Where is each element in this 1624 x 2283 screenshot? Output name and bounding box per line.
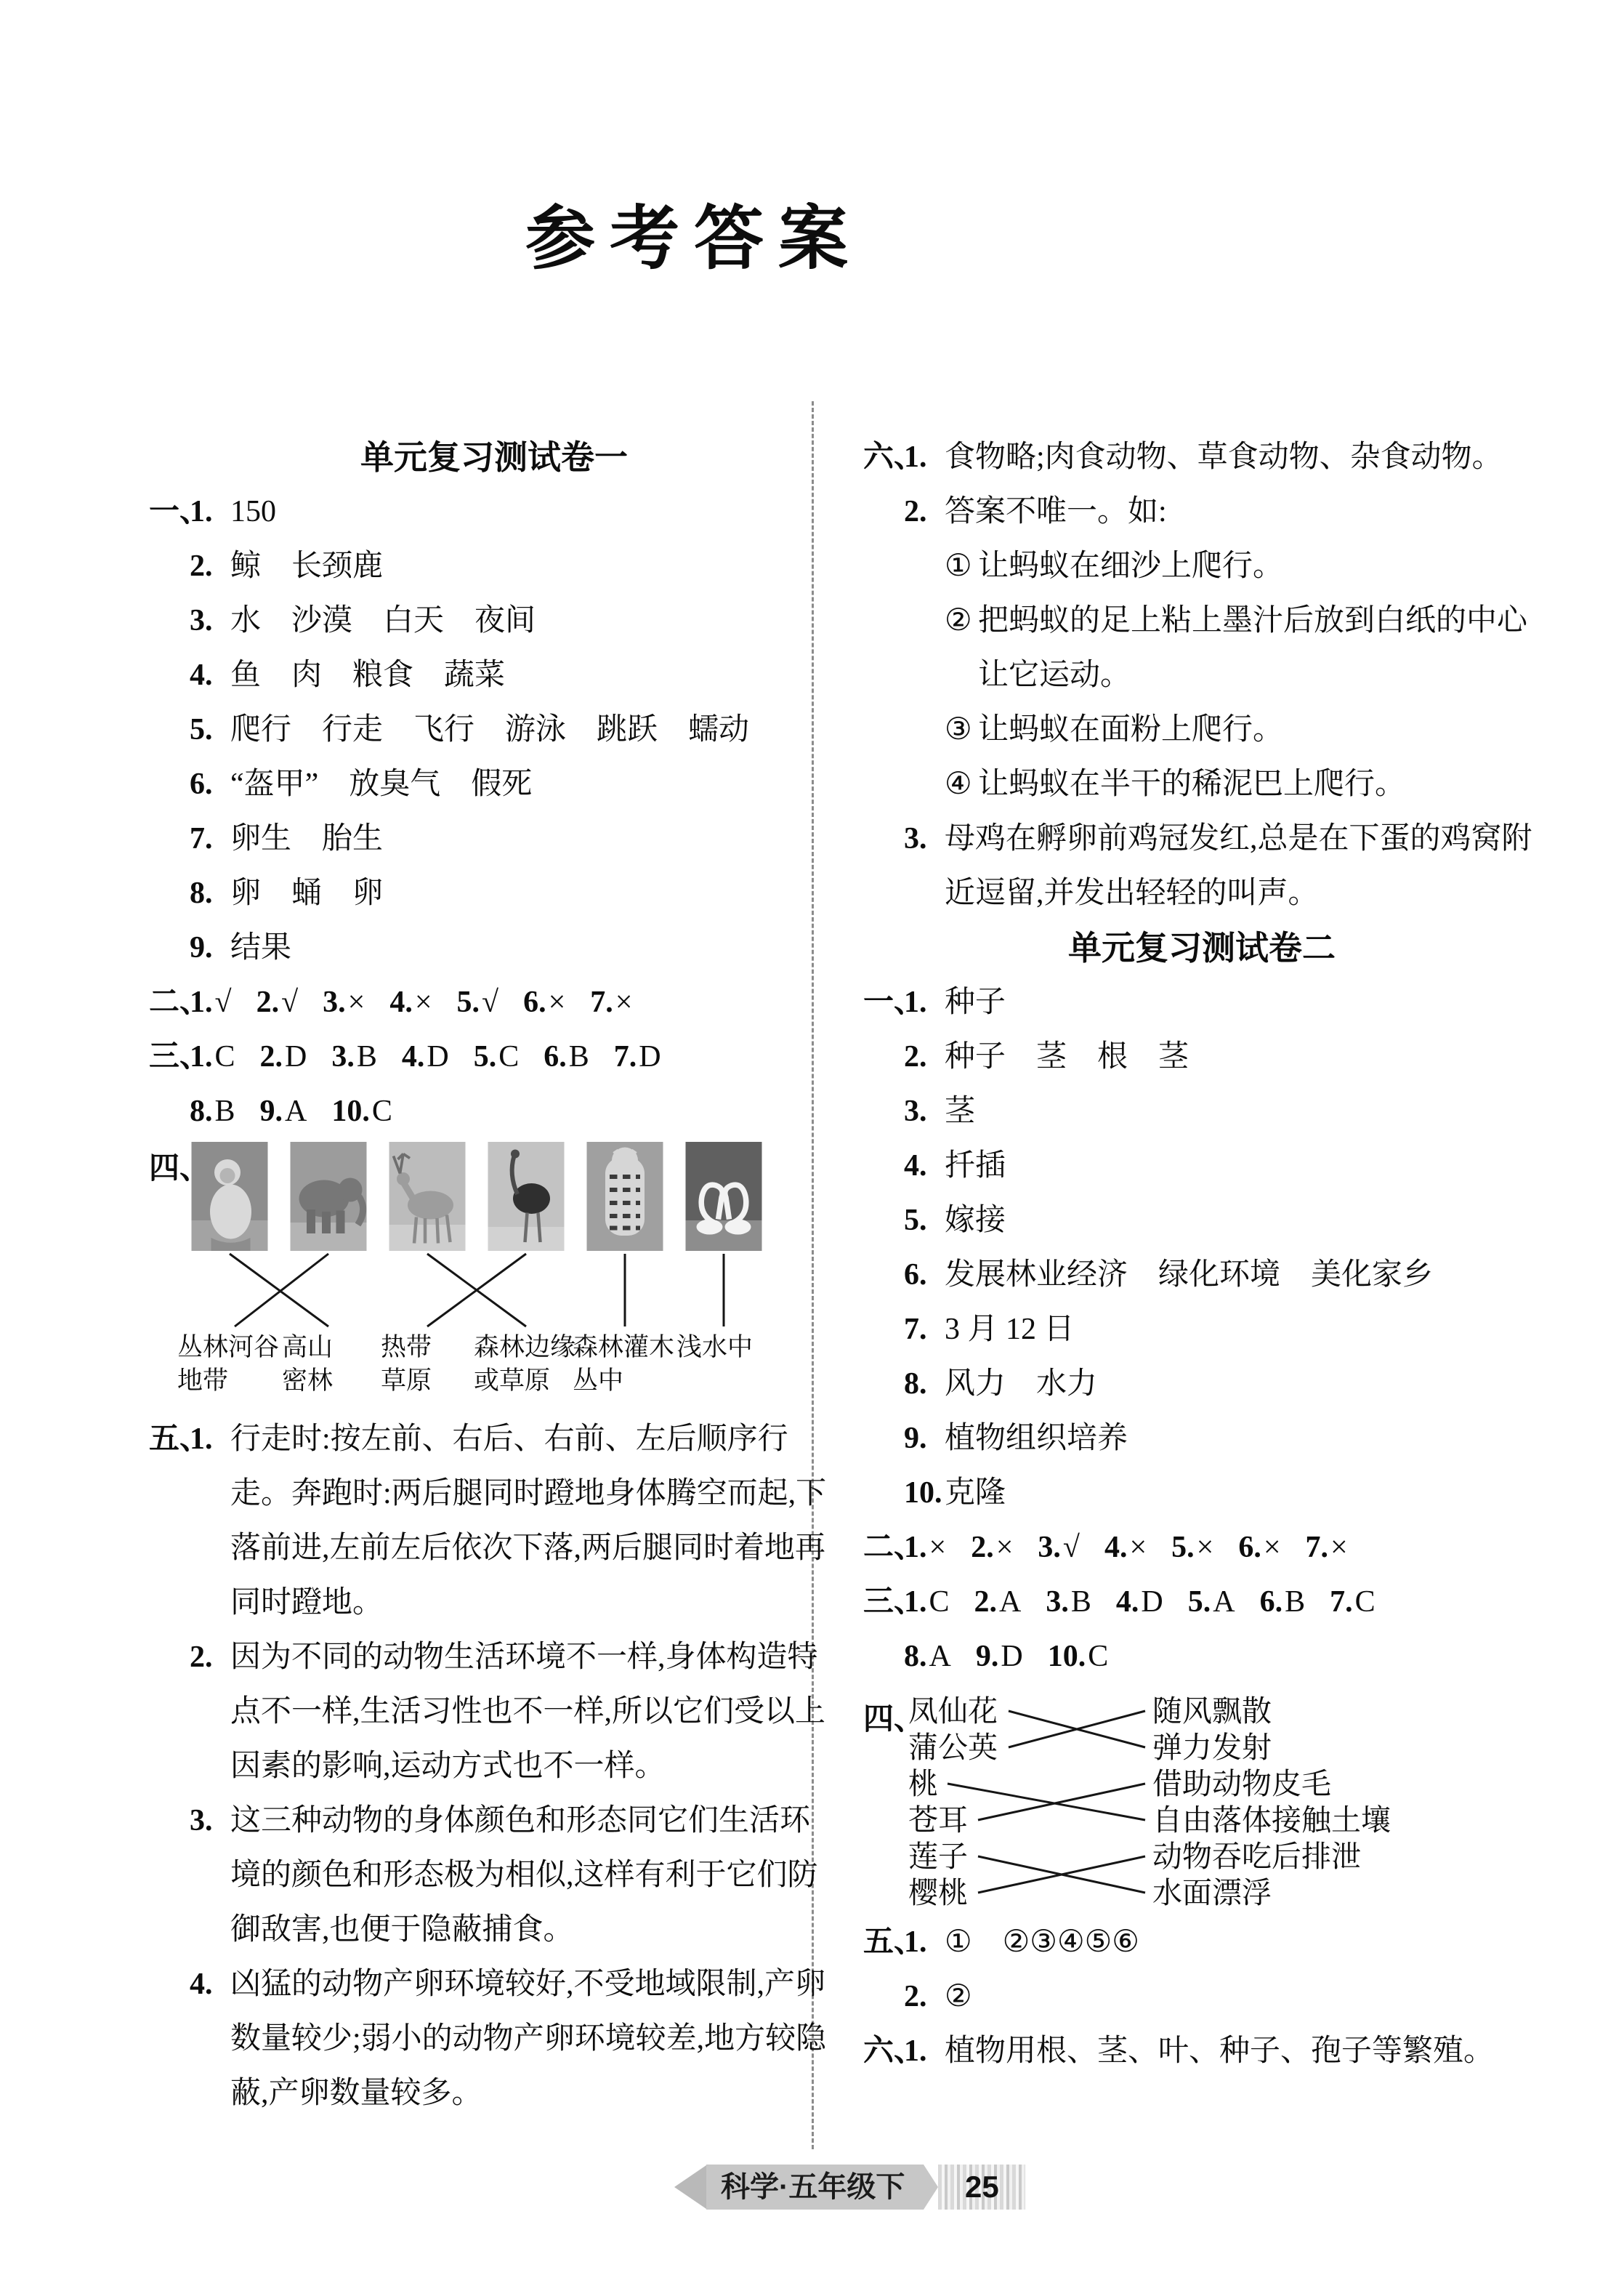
item-number: 1. xyxy=(190,1412,213,1467)
answer-pair: 5.√ xyxy=(457,975,499,1030)
answer-value: B xyxy=(569,1040,589,1074)
footer-arrow-icon xyxy=(674,2165,706,2209)
item-number: 4. xyxy=(1116,1585,1139,1619)
answer-text: 150 xyxy=(230,495,276,528)
answer-line: 6.“盔甲” 放臭气 假死 xyxy=(149,757,839,812)
answer-pair: 7.× xyxy=(590,975,632,1030)
answer-text: 这三种动物的身体颜色和形态同它们生活环境的颜色和形态极为相似,这样有利于它们防御… xyxy=(230,1804,818,1946)
answer-text: “盔甲” 放臭气 假死 xyxy=(230,768,532,801)
item-number: 4. xyxy=(190,1957,213,2012)
answer-line: ④让蚂蚁在半干的稀泥巴上爬行。 xyxy=(863,757,1540,812)
answer-line: 4.凶猛的动物产卵环境较好,不受地域限制,产卵数量较少;弱小的动物产卵环境较差,… xyxy=(149,1957,839,2121)
matching-lines xyxy=(863,1693,1540,1915)
answer-value: D xyxy=(1001,1640,1022,1673)
answer-value: D xyxy=(1141,1585,1163,1619)
answer-text: 扦插 xyxy=(945,1149,1006,1183)
answer-pairs: 1.×2.×3.√4.×5.×6.×7.× xyxy=(904,1531,1373,1564)
item-number: 10. xyxy=(904,1466,942,1521)
item-number: 2. xyxy=(190,539,213,594)
answer-text: 答案不唯一。如: xyxy=(945,495,1167,528)
item-number: 1. xyxy=(904,430,927,485)
answer-line: 3.茎 xyxy=(863,1084,1540,1139)
item-number: 6. xyxy=(544,1040,567,1074)
paper1-heading: 单元复习测试卷一 xyxy=(149,430,839,485)
item-number: 1. xyxy=(190,485,213,539)
answer-line: 8.B9.A10.C xyxy=(149,1084,839,1139)
answer-line: 8.风力 水力 xyxy=(863,1357,1540,1412)
answer-text: 植物组织培养 xyxy=(945,1422,1128,1455)
deer-photo xyxy=(389,1142,466,1251)
item-number: ① xyxy=(945,539,972,594)
answer-pair: 5.C xyxy=(474,1030,520,1084)
answer-pair: 2.× xyxy=(971,1521,1013,1575)
item-number: 7. xyxy=(614,1040,637,1074)
answer-line: 2.种子 茎 根 茎 xyxy=(863,1030,1540,1084)
answer-text: 卵生 胎生 xyxy=(230,822,383,855)
item-number: 7. xyxy=(190,812,213,866)
answer-text: 卵 蛹 卵 xyxy=(230,877,383,910)
answer-text: 茎 xyxy=(945,1095,975,1128)
answer-pair: 4.× xyxy=(1104,1521,1147,1575)
item-number: 10. xyxy=(331,1095,370,1128)
answer-line: 六、1.食物略;肉食动物、草食动物、杂食动物。 xyxy=(863,430,1540,485)
answer-value: C xyxy=(1088,1640,1108,1673)
page-title: 参考答案 xyxy=(0,183,1388,283)
page-footer: 科学·五年级下 25 xyxy=(674,2165,1025,2210)
answer-pair: 6.B xyxy=(1260,1575,1306,1630)
answer-pairs: 1.√2.√3.×4.×5.√6.×7.× xyxy=(190,986,657,1019)
answer-pair: 2.√ xyxy=(256,975,299,1030)
answer-value: C xyxy=(372,1095,392,1128)
answer-value: × xyxy=(929,1531,947,1564)
answer-text: 因为不同的动物生活环境不一样,身体构造特点不一样,生活习性也不一样,所以它们受以… xyxy=(230,1640,825,1783)
answer-value: × xyxy=(415,986,432,1019)
item-number: 5. xyxy=(1188,1585,1211,1619)
answer-line: 2.因为不同的动物生活环境不一样,身体构造特点不一样,生活习性也不一样,所以它们… xyxy=(149,1630,839,1794)
answer-text: 风力 水力 xyxy=(945,1367,1097,1401)
item-number: 5. xyxy=(904,1193,927,1248)
item-number: 5. xyxy=(190,703,213,757)
answer-text: 母鸡在孵卵前鸡冠发红,总是在下蛋的鸡窝附近逗留,并发出轻轻的叫声。 xyxy=(945,822,1532,910)
animal-habitat-matching-figure: 四、 xyxy=(149,1142,839,1405)
item-number: 3. xyxy=(323,986,346,1019)
answer-line: 二、1.√2.√3.×4.×5.√6.×7.× xyxy=(149,975,839,1030)
answer-value: A xyxy=(999,1585,1021,1619)
answer-value: √ xyxy=(215,986,232,1019)
item-number: 3. xyxy=(1046,1585,1069,1619)
tiger-photo xyxy=(586,1142,663,1251)
item-number: 2. xyxy=(260,1040,283,1074)
answer-text: 种子 茎 根 茎 xyxy=(945,1040,1189,1074)
footer-page-number: 25 xyxy=(938,2165,1025,2210)
item-number: 6. xyxy=(523,986,546,1019)
habitat-label: 浅水中 xyxy=(676,1331,785,1364)
item-number: ④ xyxy=(945,757,972,812)
answer-value: D xyxy=(639,1040,660,1074)
answer-value: C xyxy=(1355,1585,1375,1619)
answer-value: × xyxy=(996,1531,1014,1564)
answer-pair: 7.D xyxy=(614,1030,661,1084)
answer-text: 种子 xyxy=(945,986,1006,1019)
answer-line: 5.爬行 行走 飞行 游泳 跳跃 蠕动 xyxy=(149,703,839,757)
paper2-judge-section: 二、1.×2.×3.√4.×5.×6.×7.× xyxy=(863,1521,1540,1575)
section-marker: 三、 xyxy=(149,1030,210,1084)
item-number: 1. xyxy=(904,975,927,1030)
answer-value: C xyxy=(498,1040,519,1074)
seed-dispersal-matching-figure: 四、 凤仙花 蒲公英 桃 苍耳 莲子 樱桃 随风飘散 弹力发射 借助动物皮毛 自… xyxy=(863,1693,1540,1915)
answer-pair: 2.A xyxy=(974,1575,1022,1630)
answer-text: 结果 xyxy=(230,931,291,965)
answer-line: 9.植物组织培养 xyxy=(863,1412,1540,1466)
answer-value: D xyxy=(427,1040,448,1074)
answer-pair: 8.B xyxy=(190,1084,235,1139)
answer-line: 三、1.C2.A3.B4.D5.A6.B7.C xyxy=(863,1575,1540,1630)
paper2-tail-section: 五、1.① ②③④⑤⑥2.②六、1.植物用根、茎、叶、种子、孢子等繁殖。 xyxy=(863,1915,1540,2079)
item-number: 6. xyxy=(1260,1585,1283,1619)
answer-value: × xyxy=(615,986,633,1019)
left-column: 单元复习测试卷一 一、1.1502.鲸 长颈鹿3.水 沙漠 白天 夜间4.鱼 肉… xyxy=(149,430,839,2121)
item-number: 9. xyxy=(260,1095,283,1128)
answer-text: 让蚂蚁在细沙上爬行。 xyxy=(978,549,1283,583)
answer-text: 3 月 12 日 xyxy=(945,1313,1075,1346)
answer-value: × xyxy=(1129,1531,1147,1564)
answer-pair: 4.D xyxy=(402,1030,449,1084)
answer-line: 8.卵 蛹 卵 xyxy=(149,866,839,921)
answer-line: 2.答案不唯一。如: xyxy=(863,485,1540,539)
answer-line: 一、1.150 xyxy=(149,485,839,539)
answer-pair: 6.B xyxy=(544,1030,589,1084)
answer-line: 三、1.C2.D3.B4.D5.C6.B7.D xyxy=(149,1030,839,1084)
answer-text: 凶猛的动物产卵环境较好,不受地域限制,产卵数量较少;弱小的动物产卵环境较差,地方… xyxy=(230,1968,826,2110)
answer-value: B xyxy=(1071,1585,1091,1619)
answer-pair: 10.C xyxy=(331,1084,392,1139)
answer-pairs: 1.C2.A3.B4.D5.A6.B7.C xyxy=(904,1585,1400,1619)
answer-text: 克隆 xyxy=(945,1476,1006,1510)
section-marker: 三、 xyxy=(863,1575,924,1630)
answer-text: 把蚂蚁的足上粘上墨汁后放到白纸的中心让它运动。 xyxy=(978,604,1527,692)
item-number: ③ xyxy=(945,703,972,757)
item-number: 3. xyxy=(904,812,927,866)
answer-line: 一、1.种子 xyxy=(863,975,1540,1030)
answer-text: ① ②③④⑤⑥ xyxy=(945,1925,1139,1959)
item-number: 4. xyxy=(1104,1531,1128,1564)
item-number: 2. xyxy=(971,1531,994,1564)
answer-pair: 3.B xyxy=(331,1030,377,1084)
answer-value: A xyxy=(285,1095,307,1128)
item-number: 2. xyxy=(904,1970,927,2024)
answer-value: × xyxy=(1330,1531,1348,1564)
answer-value: × xyxy=(348,986,365,1019)
answer-line: 4.扦插 xyxy=(863,1139,1540,1193)
answer-value: × xyxy=(1197,1531,1214,1564)
item-number: 8. xyxy=(190,866,213,921)
paper1-judge-section: 二、1.√2.√3.×4.×5.√6.×7.× xyxy=(149,975,839,1030)
habitat-label: 森林边缘 或草原 xyxy=(474,1331,583,1398)
item-number: 1. xyxy=(904,1915,927,1970)
answer-line: 10.克隆 xyxy=(863,1466,1540,1521)
item-number: 3. xyxy=(904,1084,927,1139)
item-number: 5. xyxy=(457,986,480,1019)
answer-pair: 4.× xyxy=(389,975,432,1030)
answer-pair: 6.× xyxy=(1238,1521,1280,1575)
answer-line: 4.鱼 肉 粮食 蔬菜 xyxy=(149,648,839,703)
answer-text: 爬行 行走 飞行 游泳 跳跃 蠕动 xyxy=(230,713,749,746)
answer-value: B xyxy=(357,1040,377,1074)
item-number: 2. xyxy=(256,986,280,1019)
footer-chevron-icon xyxy=(924,2165,938,2210)
item-number: 8. xyxy=(904,1640,927,1673)
item-number: 4. xyxy=(190,648,213,703)
answer-line: 5.嫁接 xyxy=(863,1193,1540,1248)
answer-pair: 3.B xyxy=(1046,1575,1091,1630)
answer-value: A xyxy=(929,1640,951,1673)
paper1-qa-section: 六、1.食物略;肉食动物、草食动物、杂食动物。2.答案不唯一。如:①让蚂蚁在细沙… xyxy=(863,430,1540,921)
answer-line: 6.发展林业经济 绿化环境 美化家乡 xyxy=(863,1248,1540,1302)
item-number: 2. xyxy=(974,1585,998,1619)
answer-line: ②把蚂蚁的足上粘上墨汁后放到白纸的中心让它运动。 xyxy=(863,594,1540,703)
item-number: 3. xyxy=(331,1040,355,1074)
answer-line: 二、1.×2.×3.√4.×5.×6.×7.× xyxy=(863,1521,1540,1575)
item-number: 3. xyxy=(190,1794,213,1848)
answer-pair: 9.A xyxy=(260,1084,307,1139)
answer-pair: 4.D xyxy=(1116,1575,1163,1630)
answer-line: 7.卵生 胎生 xyxy=(149,812,839,866)
answer-value: √ xyxy=(482,986,498,1019)
answer-line: 3.这三种动物的身体颜色和形态同它们生活环境的颜色和形态极为相似,这样有利于它们… xyxy=(149,1794,839,1957)
matching-lines xyxy=(149,1252,839,1328)
item-number: 7. xyxy=(904,1302,927,1357)
answer-text: 水 沙漠 白天 夜间 xyxy=(230,604,536,637)
answer-pair: 6.× xyxy=(523,975,565,1030)
answer-line: 2.鲸 长颈鹿 xyxy=(149,539,839,594)
answer-text: 鲸 长颈鹿 xyxy=(230,549,383,583)
answer-value: C xyxy=(929,1585,950,1619)
item-number: 7. xyxy=(590,986,613,1019)
answer-value: √ xyxy=(1063,1531,1080,1564)
item-number: 8. xyxy=(190,1095,213,1128)
answer-pairs: 8.B9.A10.C xyxy=(190,1095,417,1128)
answer-line: 7.3 月 12 日 xyxy=(863,1302,1540,1357)
answer-pair: 5.A xyxy=(1188,1575,1235,1630)
item-number: 9. xyxy=(190,921,213,975)
right-column: 六、1.食物略;肉食动物、草食动物、杂食动物。2.答案不唯一。如:①让蚂蚁在细沙… xyxy=(863,430,1540,2079)
swans-photo xyxy=(685,1142,762,1251)
item-number: 6. xyxy=(1238,1531,1261,1564)
item-number: 5. xyxy=(1171,1531,1195,1564)
answer-value: × xyxy=(1264,1531,1281,1564)
answer-line: 9.结果 xyxy=(149,921,839,975)
paper1-fill-section: 一、1.1502.鲸 长颈鹿3.水 沙漠 白天 夜间4.鱼 肉 粮食 蔬菜5.爬… xyxy=(149,485,839,975)
answer-pair: 7.× xyxy=(1306,1521,1348,1575)
paper2-choice-section: 三、1.C2.A3.B4.D5.A6.B7.C8.A9.D10.C xyxy=(863,1575,1540,1684)
answer-value: × xyxy=(549,986,566,1019)
footer-book-label: 科学·五年级下 xyxy=(706,2165,924,2210)
item-number: 6. xyxy=(904,1248,927,1302)
answer-pair: 5.× xyxy=(1171,1521,1213,1575)
item-number: 9. xyxy=(976,1640,999,1673)
answer-value: B xyxy=(215,1095,235,1128)
item-number: 6. xyxy=(190,757,213,812)
answer-text: 植物用根、茎、叶、种子、孢子等繁殖。 xyxy=(945,2034,1494,2068)
paper1-essay-section: 五、1.行走时:按左前、右后、右前、左后顺序行走。奔跑时:两后腿同时蹬地身体腾空… xyxy=(149,1412,839,2121)
paper1-choice-section: 三、1.C2.D3.B4.D5.C6.B7.D8.B9.A10.C xyxy=(149,1030,839,1139)
answer-line: 五、1.行走时:按左前、右后、右前、左后顺序行走。奔跑时:两后腿同时蹬地身体腾空… xyxy=(149,1412,839,1630)
answer-pairs: 1.C2.D3.B4.D5.C6.B7.D xyxy=(190,1040,686,1074)
answer-text: 鱼 肉 粮食 蔬菜 xyxy=(230,659,505,692)
item-number: 3. xyxy=(190,594,213,648)
item-number: 1. xyxy=(904,2024,927,2079)
item-number: 10. xyxy=(1048,1640,1086,1673)
animal-photo-row xyxy=(191,1142,762,1251)
answer-line: 五、1.① ②③④⑤⑥ xyxy=(863,1915,1540,1970)
answer-pair: 10.C xyxy=(1048,1630,1109,1684)
answer-pairs: 8.A9.D10.C xyxy=(904,1640,1133,1673)
answer-text: 让蚂蚁在面粉上爬行。 xyxy=(978,713,1283,746)
answer-value: D xyxy=(285,1040,307,1074)
ostrich-photo xyxy=(488,1142,565,1251)
item-number: 2. xyxy=(190,1630,213,1685)
item-number: 4. xyxy=(389,986,413,1019)
habitat-label: 高山 密林 xyxy=(282,1331,391,1398)
monkey-photo xyxy=(191,1142,268,1251)
answer-text: 让蚂蚁在半干的稀泥巴上爬行。 xyxy=(978,768,1405,801)
item-number: 7. xyxy=(1330,1585,1353,1619)
answer-line: ①让蚂蚁在细沙上爬行。 xyxy=(863,539,1540,594)
section-marker: 二、 xyxy=(149,975,210,1030)
item-number: 4. xyxy=(402,1040,425,1074)
habitat-label: 丛林河谷 地带 xyxy=(177,1331,286,1398)
answer-text: 发展林业经济 绿化环境 美化家乡 xyxy=(945,1258,1433,1292)
item-number: 8. xyxy=(904,1357,927,1412)
answer-line: 2.② xyxy=(863,1970,1540,2024)
habitat-label: 森林灌木 丛中 xyxy=(573,1331,682,1398)
answer-text: 行走时:按左前、右后、右前、左后顺序行走。奔跑时:两后腿同时蹬地身体腾空而起,下… xyxy=(230,1422,826,1619)
paper2-heading: 单元复习测试卷二 xyxy=(863,921,1540,975)
answer-pair: 9.D xyxy=(976,1630,1023,1684)
item-number: 2. xyxy=(904,1030,927,1084)
item-number: 5. xyxy=(474,1040,497,1074)
section-marker: 二、 xyxy=(863,1521,924,1575)
answer-line: 8.A9.D10.C xyxy=(863,1630,1540,1684)
item-number: 7. xyxy=(1306,1531,1329,1564)
answer-text: 食物略;肉食动物、草食动物、杂食动物。 xyxy=(945,440,1503,474)
answer-line: 六、1.植物用根、茎、叶、种子、孢子等繁殖。 xyxy=(863,2024,1540,2079)
answer-pair: 2.D xyxy=(260,1030,307,1084)
answer-text: ② xyxy=(945,1980,972,2013)
answer-pair: 7.C xyxy=(1330,1575,1375,1630)
answer-pair: 3.√ xyxy=(1038,1521,1080,1575)
paper2-fill-section: 一、1.种子2.种子 茎 根 茎3.茎4.扦插5.嫁接6.发展林业经济 绿化环境… xyxy=(863,975,1540,1521)
answer-value: √ xyxy=(281,986,298,1019)
item-number: 3. xyxy=(1038,1531,1061,1564)
answer-line: 3.水 沙漠 白天 夜间 xyxy=(149,594,839,648)
item-number: 4. xyxy=(904,1139,927,1193)
answer-value: B xyxy=(1285,1585,1305,1619)
answer-text: 嫁接 xyxy=(945,1204,1006,1237)
item-number: ② xyxy=(945,594,972,648)
answer-line: ③让蚂蚁在面粉上爬行。 xyxy=(863,703,1540,757)
answer-pair: 3.× xyxy=(323,975,365,1030)
answer-key-page: 参考答案 单元复习测试卷一 一、1.1502.鲸 长颈鹿3.水 沙漠 白天 夜间… xyxy=(0,0,1624,2283)
elephant-photo xyxy=(290,1142,367,1251)
answer-line: 3.母鸡在孵卵前鸡冠发红,总是在下蛋的鸡窝附近逗留,并发出轻轻的叫声。 xyxy=(863,812,1540,921)
item-number: 2. xyxy=(904,485,927,539)
answer-value: C xyxy=(215,1040,235,1074)
answer-pair: 8.A xyxy=(904,1630,951,1684)
item-number: 9. xyxy=(904,1412,927,1466)
answer-value: A xyxy=(1213,1585,1235,1619)
